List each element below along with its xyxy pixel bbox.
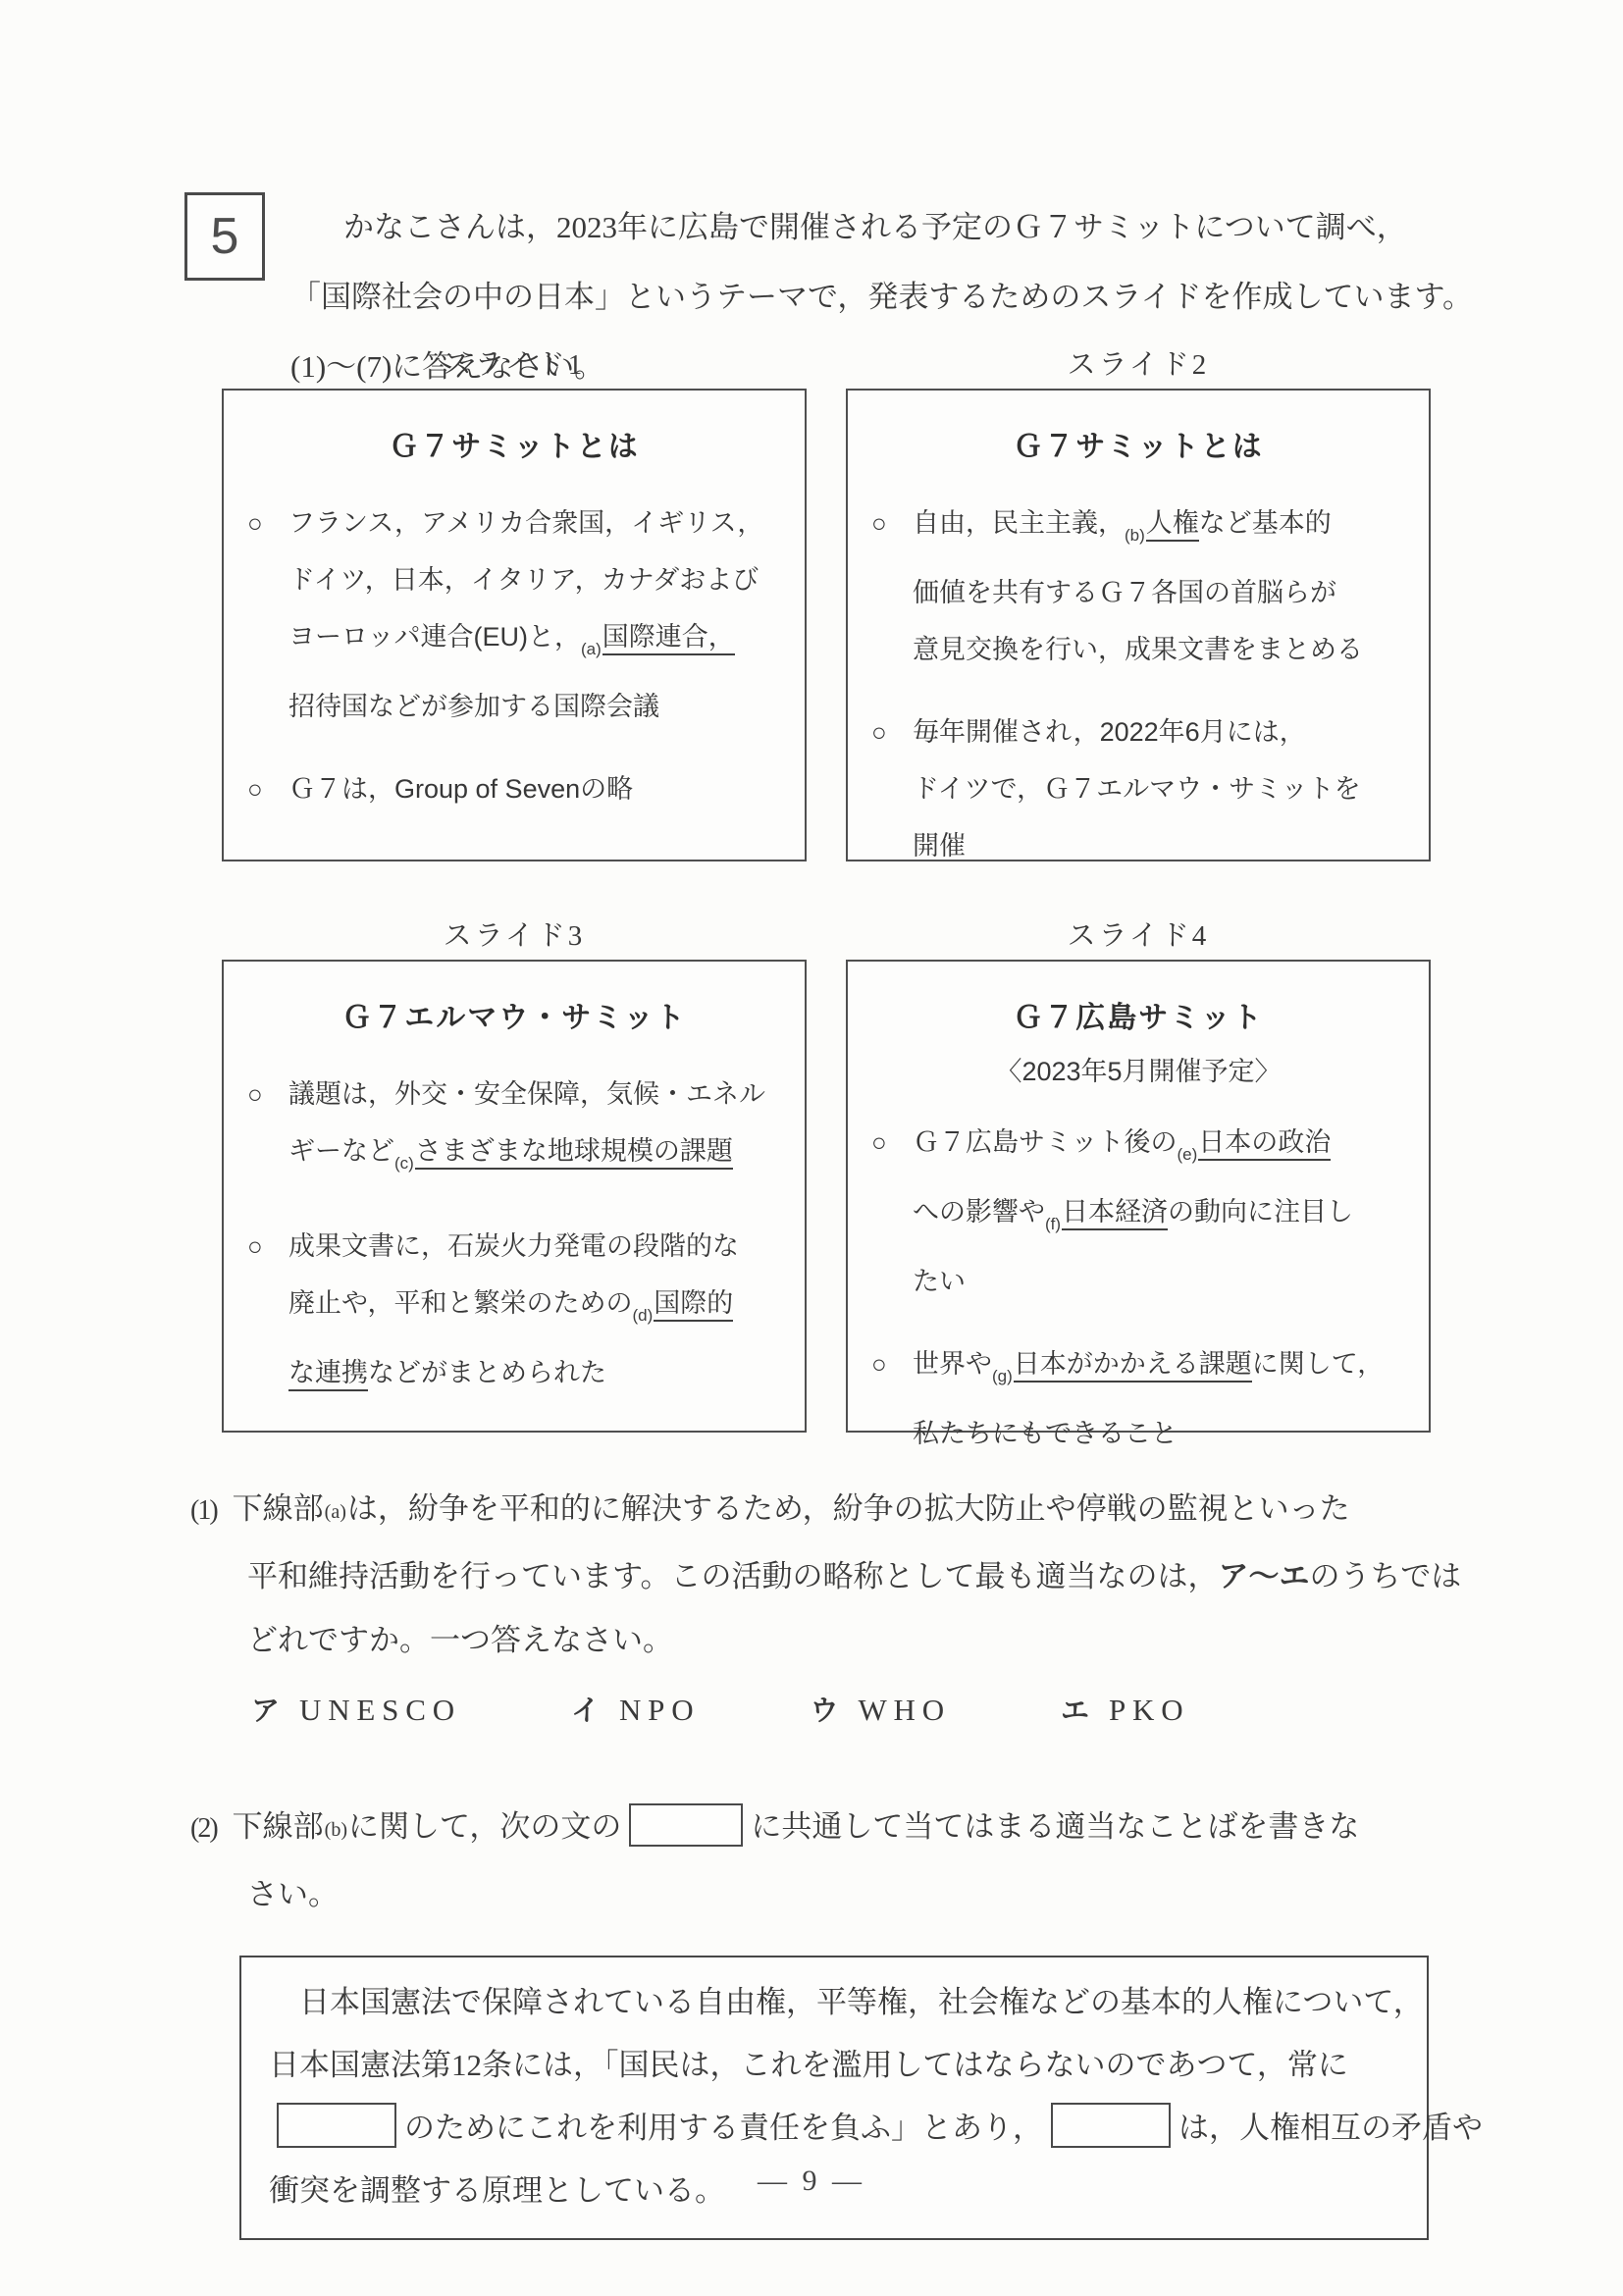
text-run: どれですか。一つ答えなさい。	[247, 1623, 673, 1657]
slide-bullets: ○Ｇ７広島サミット後の(e)日本の政治への影響や(f)日本経済の動向に注目したい…	[871, 1114, 1405, 1462]
text-run: 日本国憲法で保障されている自由権，平等権，社会権などの基本的人権について，	[269, 1985, 1424, 2019]
text-run: 私たちにもできること	[913, 1419, 1178, 1448]
text-run: 世界や	[913, 1349, 992, 1379]
annotation-letter: (a)	[325, 1501, 346, 1523]
option-kana-label: ウ	[810, 1689, 838, 1734]
exam-page: 5 かなこさんは，2023年に広島で開催される予定のＧ７サミットについて調べ， …	[0, 0, 1623, 2296]
sub-question-2-label: (2)	[190, 1813, 217, 1844]
bullet-circle-marker: ○	[247, 495, 288, 551]
sub-question-2-body: (2)下線部(b)に関して，次の文のに共通して当てはまる適当なことばを書きなさい…	[190, 1795, 1505, 1926]
slide-label: スライド2	[846, 345, 1431, 389]
slide-bullet: ○毎年開催され，2022年6月には，ドイツで，Ｇ７エルマウ・サミットを開催	[871, 704, 1405, 874]
text-run: 下線部	[233, 1491, 324, 1526]
option-text: UNESCO	[299, 1688, 461, 1733]
text-run: たい	[913, 1267, 966, 1296]
underlined-text: 人権	[1146, 508, 1199, 542]
text-run: 価値を共有するＧ７各国の首脳らが	[913, 578, 1336, 607]
slide-bullets: ○自由，民主主義，(b)人権など基本的価値を共有するＧ７各国の首脳らが意見交換を…	[871, 495, 1405, 874]
text-run: Ｇ７広島サミット後の	[913, 1127, 1177, 1157]
slide-bullet: ○Ｇ７は，Group of Sevenの略	[247, 760, 781, 817]
underlined-text: な連携	[288, 1358, 368, 1391]
bullet-text: 世界や(g)日本がかかえる課題に関して，私たちにもできること	[913, 1335, 1384, 1462]
answer-option-UNESCO: アUNESCO	[251, 1688, 461, 1734]
annotation-letter: (b)	[1125, 526, 1145, 545]
question-number-box: 5	[184, 192, 265, 281]
text-run: ドイツ，日本，イタリア，カナダおよび	[288, 565, 759, 595]
slide-bullet: ○世界や(g)日本がかかえる課題に関して，私たちにもできること	[871, 1335, 1405, 1462]
slides-grid: スライド1 Ｇ７サミットとは ○フランス，アメリカ合衆国，イギリス，ドイツ，日本…	[222, 345, 1431, 1433]
annotation-letter: (d)	[632, 1306, 653, 1325]
text-run: 下線部	[233, 1809, 324, 1844]
sub-questions: (1)下線部(a)は，紛争を平和的に解決するため，紛争の拡大防止や停戦の監視とい…	[190, 1477, 1505, 2240]
slide-bullets: ○議題は，外交・安全保障，気候・エネルギーなど(c)さまざまな地球規模の課題○成…	[247, 1066, 781, 1401]
answer-option-PKO: エPKO	[1061, 1688, 1190, 1734]
sub-question-1-label: (1)	[190, 1495, 217, 1526]
slide-box: Ｇ７エルマウ・サミット ○議題は，外交・安全保障，気候・エネルギーなど(c)さま…	[222, 960, 807, 1433]
text-run: のためにこれを利用する責任を負ふ」とあり，	[404, 2111, 1043, 2145]
text-run: に関して，	[1252, 1349, 1384, 1379]
annotation-letter: (a)	[581, 640, 602, 658]
slide-label: スライド1	[222, 345, 807, 389]
bullet-text: 自由，民主主義，(b)人権など基本的価値を共有するＧ７各国の首脳らが意見交換を行…	[913, 495, 1363, 678]
bullet-text: 成果文書に，石炭火力発電の段階的な廃止や，平和と繁栄のための(d)国際的な連携な…	[288, 1218, 739, 1401]
slide-subtitle: 〈2023年5月開催予定〉	[871, 1050, 1405, 1088]
slide-2: スライド2 Ｇ７サミットとは ○自由，民主主義，(b)人権など基本的価値を共有す…	[846, 345, 1431, 861]
answer-option-NPO: イNPO	[571, 1688, 701, 1734]
text-run: 開催	[913, 831, 966, 861]
text-run: 廃止や，平和と繁栄のための	[288, 1288, 632, 1318]
slide-title: Ｇ７サミットとは	[871, 422, 1405, 465]
slide-title: Ｇ７エルマウ・サミット	[247, 993, 781, 1036]
slide-box: Ｇ７広島サミット 〈2023年5月開催予定〉 ○Ｇ７広島サミット後の(e)日本の…	[846, 960, 1431, 1433]
slide-title: Ｇ７広島サミット	[871, 993, 1405, 1036]
bullet-circle-marker: ○	[871, 1335, 913, 1392]
slide-label: スライド3	[222, 916, 807, 960]
option-kana-label: エ	[1061, 1689, 1089, 1734]
underlined-text: さまざまな地球規模の課題	[415, 1136, 733, 1170]
question-number: 5	[211, 207, 239, 266]
slide-bullet: ○成果文書に，石炭火力発電の段階的な廃止や，平和と繁栄のための(d)国際的な連携…	[247, 1218, 781, 1401]
bullet-circle-marker: ○	[247, 760, 288, 817]
sub-question-1-body: (1)下線部(a)は，紛争を平和的に解決するため，紛争の拡大防止や停戦の監視とい…	[190, 1477, 1505, 1672]
text-run: などがまとめられた	[368, 1358, 606, 1387]
slide-bullet: ○自由，民主主義，(b)人権など基本的価値を共有するＧ７各国の首脳らが意見交換を…	[871, 495, 1405, 678]
text-run: 日本国憲法第12条には，「国民は，これを濫用してはならないのであつて，常に	[269, 2048, 1348, 2082]
option-text: WHO	[858, 1688, 951, 1733]
text-run: 平和維持活動を行っています。この活動の略称として最も適当なのは，	[247, 1559, 1219, 1593]
text-run: に関して，次の文の	[348, 1809, 621, 1844]
sub-question-1-text: 下線部(a)は，紛争を平和的に解決するため，紛争の拡大防止や停戦の監視といった平…	[233, 1491, 1462, 1657]
page-number: ― 9 ―	[0, 2165, 1623, 2198]
text-run: 毎年開催され，2022年6月には，	[913, 717, 1306, 747]
text-run: への影響や	[913, 1197, 1045, 1226]
bullet-circle-marker: ○	[871, 495, 913, 551]
text-run: フランス，アメリカ合衆国，イギリス，	[288, 508, 763, 538]
option-text: PKO	[1109, 1688, 1189, 1733]
answer-option-WHO: ウWHO	[810, 1688, 951, 1734]
text-run: 自由，民主主義，	[913, 508, 1125, 538]
text-run: 意見交換を行い，成果文書をまとめる	[913, 635, 1363, 664]
annotation-letter: (c)	[394, 1154, 414, 1173]
text-run: に共通して当てはまる適当なことばを書きな	[751, 1809, 1359, 1844]
bullet-circle-marker: ○	[247, 1066, 288, 1122]
slide-title: Ｇ７サミットとは	[247, 422, 781, 465]
bullet-text: 議題は，外交・安全保障，気候・エネルギーなど(c)さまざまな地球規模の課題	[288, 1066, 765, 1192]
text-run: 成果文書に，石炭火力発電の段階的な	[288, 1231, 739, 1261]
text-run: ドイツで，Ｇ７エルマウ・サミットを	[913, 774, 1361, 804]
underlined-text: 国際連合，	[602, 622, 735, 655]
sub-question-2-text: 下線部(b)に関して，次の文のに共通して当てはまる適当なことばを書きなさい。	[233, 1809, 1360, 1911]
underlined-text: 日本がかかえる課題	[1014, 1349, 1252, 1383]
sub-question-1: (1)下線部(a)は，紛争を平和的に解決するため，紛争の拡大防止や停戦の監視とい…	[190, 1477, 1505, 1734]
slide-box: Ｇ７サミットとは ○自由，民主主義，(b)人権など基本的価値を共有するＧ７各国の…	[846, 389, 1431, 861]
bullet-circle-marker: ○	[871, 1114, 913, 1171]
text-run: Ｇ７は，Group of Sevenの略	[288, 774, 633, 804]
answer-options-row: アUNESCOイNPOウWHOエPKO	[190, 1688, 1505, 1734]
text-run: さい。	[247, 1877, 339, 1911]
slide-bullet: ○Ｇ７広島サミット後の(e)日本の政治への影響や(f)日本経済の動向に注目したい	[871, 1114, 1405, 1310]
text-run: ギーなど	[288, 1136, 394, 1166]
text-run: ヨーロッパ連合(EU)と，	[288, 622, 581, 652]
text-run: など基本的	[1199, 508, 1332, 538]
answer-blank-box	[277, 2103, 396, 2148]
text-run: の動向に注目し	[1168, 1197, 1353, 1226]
underlined-text: 国際的	[654, 1288, 733, 1322]
slide-label: スライド4	[846, 916, 1431, 960]
bullet-circle-marker: ○	[871, 704, 913, 760]
intro-line: かなこさんは，2023年に広島で開催される予定のＧ７サミットについて調べ，	[290, 192, 1473, 262]
slide-bullet: ○議題は，外交・安全保障，気候・エネルギーなど(c)さまざまな地球規模の課題	[247, 1066, 781, 1192]
slide-3: スライド3 Ｇ７エルマウ・サミット ○議題は，外交・安全保障，気候・エネルギーな…	[222, 916, 807, 1433]
annotation-letter: (f)	[1045, 1215, 1061, 1233]
text-run: 議題は，外交・安全保障，気候・エネル	[288, 1079, 765, 1109]
option-kana-label: イ	[571, 1689, 600, 1734]
slide-bullet: ○フランス，アメリカ合衆国，イギリス，ドイツ，日本，イタリア，カナダおよびヨーロ…	[247, 495, 781, 735]
bullet-text: 毎年開催され，2022年6月には，ドイツで，Ｇ７エルマウ・サミットを開催	[913, 704, 1361, 874]
slide-4: スライド4 Ｇ７広島サミット 〈2023年5月開催予定〉 ○Ｇ７広島サミット後の…	[846, 916, 1431, 1433]
intro-line: 「国際社会の中の日本」というテーマで，発表するためのスライドを作成しています。	[290, 262, 1473, 332]
bullet-text: Ｇ７広島サミット後の(e)日本の政治への影響や(f)日本経済の動向に注目したい	[913, 1114, 1353, 1310]
answer-blank-box	[629, 1803, 743, 1847]
slide-1: スライド1 Ｇ７サミットとは ○フランス，アメリカ合衆国，イギリス，ドイツ，日本…	[222, 345, 807, 861]
underlined-text: 日本経済	[1062, 1197, 1168, 1230]
option-text: NPO	[619, 1688, 700, 1733]
text-run: のうちでは	[1310, 1559, 1462, 1593]
text-run: ア～エ	[1219, 1559, 1310, 1593]
text-run: は，人権相互の矛盾や	[1178, 2111, 1483, 2145]
slide-box: Ｇ７サミットとは ○フランス，アメリカ合衆国，イギリス，ドイツ，日本，イタリア，…	[222, 389, 807, 861]
answer-blank-box	[1051, 2103, 1171, 2148]
bullet-text: フランス，アメリカ合衆国，イギリス，ドイツ，日本，イタリア，カナダおよびヨーロッ…	[288, 495, 763, 735]
bullet-circle-marker: ○	[247, 1218, 288, 1275]
text-run: 招待国などが参加する国際会議	[288, 692, 659, 721]
bullet-text: Ｇ７は，Group of Sevenの略	[288, 760, 633, 817]
text-run: は，紛争を平和的に解決するため，紛争の拡大防止や停戦の監視といった	[347, 1491, 1350, 1526]
annotation-letter: (g)	[992, 1367, 1013, 1385]
annotation-letter: (b)	[325, 1819, 347, 1841]
annotation-letter: (e)	[1177, 1145, 1197, 1164]
underlined-text: 日本の政治	[1198, 1127, 1331, 1161]
option-kana-label: ア	[251, 1689, 280, 1734]
slide-bullets: ○フランス，アメリカ合衆国，イギリス，ドイツ，日本，イタリア，カナダおよびヨーロ…	[247, 495, 781, 817]
